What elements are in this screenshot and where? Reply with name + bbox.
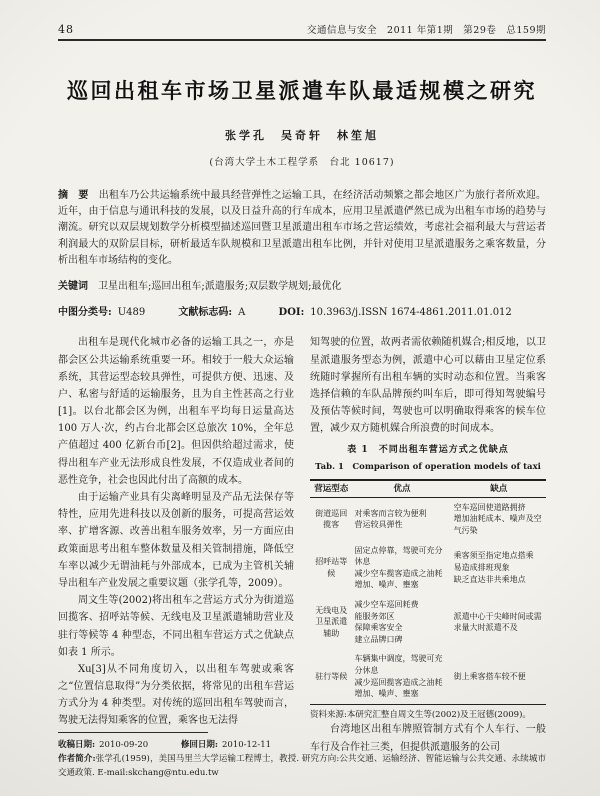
cell-pros: 减少空车巡回耗费 能服务郊区 保障乘客安全 建立品牌口碑 — [353, 595, 452, 649]
table-row: 招呼站等候 固定点停靠，驾驶可充分休息 减少空车揽客造成之油耗增加、噪声、壅塞 … — [310, 541, 546, 595]
table-body: 街道巡回揽客 对乘客而言较为便利 营运较具弹性 空车巡回使道路拥挤 增加油耗成本… — [310, 497, 546, 704]
dates-line: 收稿日期:2010-09-20 修回日期:2010-12-11 — [58, 738, 546, 752]
cell-pros: 车辆集中调度，驾驶可充分休息 减少巡回揽客造成之油耗增加、噪声、壅塞 — [353, 649, 452, 704]
column-header-cons: 缺点 — [452, 480, 546, 498]
table-header-row: 营运型态 优点 缺点 — [310, 480, 546, 498]
author-bio-label: 作者简介: — [58, 754, 96, 764]
keywords-line: 关键词 卫星出租车;巡回出租车;派遣服务;双层数学规划;最优化 — [58, 279, 546, 295]
doi-label: DOI: — [279, 307, 305, 318]
clc-label: 中图分类号: — [58, 307, 112, 318]
table-row: 街道巡回揽客 对乘客而言较为便利 营运较具弹性 空车巡回使道路拥挤 增加油耗成本… — [310, 497, 546, 540]
received-date-label: 收稿日期: — [58, 740, 95, 750]
cell-cons: 派遣中心于尖峰时间或需求量大时派遣不及 — [452, 595, 546, 649]
cell-mode: 街道巡回揽客 — [310, 497, 353, 540]
column-header-mode: 营运型态 — [310, 480, 353, 498]
revised-date-label: 修回日期: — [181, 740, 218, 750]
authors-line: 张学孔 吴奇轩 林笙旭 — [58, 127, 546, 143]
footnote-separator — [58, 732, 208, 733]
table-row: 无线电及卫星派遣辅助 减少空车巡回耗费 能服务郊区 保障乘客安全 建立品牌口碑 … — [310, 595, 546, 649]
body-paragraph: 出租车是现代化城市必备的运输工具之一，亦是都会区公共运输系统重要一环。相较于一般… — [58, 334, 294, 489]
right-column: 知驾驶的位置，故两者需依赖随机媒合;相反地，以卫星派遣服务型态为例，派遣中心可以… — [310, 334, 546, 756]
author-bio-line: 作者简介:张学孔(1959)，美国马里兰大学运输工程博士，教授. 研究方向:公共… — [58, 752, 546, 780]
received-date-value: 2010-09-20 — [99, 740, 148, 750]
doc-code-value: A — [238, 307, 245, 318]
taxi-operation-comparison-table: 营运型态 优点 缺点 街道巡回揽客 对乘客而言较为便利 营运较具弹性 空车巡回使… — [310, 479, 546, 705]
two-column-body: 出租车是现代化城市必备的运输工具之一，亦是都会区公共运输系统重要一环。相较于一般… — [58, 334, 546, 756]
body-paragraph: Xu[3]从不同角度切入，以出租车驾驶或乘客之“位置信息取得”为分类依据，将常见… — [58, 661, 294, 730]
cell-cons: 街上乘客搭车较不便 — [452, 649, 546, 704]
cell-mode: 招呼站等候 — [310, 541, 353, 595]
table-row: 驻行等候 车辆集中调度，驾驶可充分休息 减少巡回揽客造成之油耗增加、噪声、壅塞 … — [310, 649, 546, 704]
cell-mode: 驻行等候 — [310, 649, 353, 704]
abstract-paragraph: 摘 要 出租车乃公共运输系统中最具经营弹性之运输工具，在经济活动频繁之都会地区广… — [58, 188, 546, 269]
keywords-text: 卫星出租车;巡回出租车;派遣服务;双层数学规划;最优化 — [98, 281, 341, 292]
abstract-text: 出租车乃公共运输系统中最具经营弹性之运输工具，在经济活动频繁之都会地区广为旅行者… — [58, 190, 546, 266]
scanned-paper-page: 48 交通信息与安全 2011 年第1期 第29卷 总159期 巡回出租车市场卫… — [0, 0, 600, 796]
table-caption-cn: 表 1 不同出租车营运方式之优缺点 — [310, 443, 546, 458]
paper-title: 巡回出租车市场卫星派遣车队最适规模之研究 — [58, 75, 546, 105]
page-header: 48 交通信息与安全 2011 年第1期 第29卷 总159期 — [58, 22, 546, 36]
cell-pros: 固定点停靠，驾驶可充分休息 减少空车揽客造成之油耗增加、噪声、壅塞 — [353, 541, 452, 595]
body-paragraph: 知驾驶的位置，故两者需依赖随机媒合;相反地，以卫星派遣服务型态为例，派遣中心可以… — [310, 334, 546, 437]
clc-value: U489 — [118, 307, 146, 318]
cell-pros: 对乘客而言较为便利 营运较具弹性 — [353, 497, 452, 540]
table-head: 营运型态 优点 缺点 — [310, 480, 546, 498]
left-column: 出租车是现代化城市必备的运输工具之一，亦是都会区公共运输系统重要一环。相较于一般… — [58, 334, 294, 756]
table-source-note: 资料来源:本研究汇整自周文生等(2002)及王冠德(2009)。 — [310, 709, 546, 722]
body-paragraph: 由于运输产业具有尖离峰明显及产品无法保存等特性，应用先进科技以及创新的服务，可提… — [58, 489, 294, 592]
header-rule — [58, 39, 546, 41]
doc-code-label: 文献标志码: — [178, 307, 232, 318]
body-paragraph: 周文生等(2002)将出租车之营运方式分为街道巡回揽客、招呼站等候、无线电及卫星… — [58, 592, 294, 661]
footnote-block: 收稿日期:2010-09-20 修回日期:2010-12-11 作者简介:张学孔… — [58, 732, 546, 780]
keywords-label: 关键词 — [58, 281, 88, 292]
cell-cons: 空车巡回使道路拥挤 增加油耗成本、噪声及空气污染 — [452, 497, 546, 540]
affiliation-line: (台湾大学土木工程学系 台北 10617) — [58, 154, 546, 168]
journal-info-line: 交通信息与安全 2011 年第1期 第29卷 总159期 — [307, 22, 546, 36]
doi-value: 10.3963/j.ISSN 1674-4861.2011.01.012 — [310, 307, 511, 318]
author-bio-text: 张学孔(1959)，美国马里兰大学运输工程博士，教授. 研究方向:公共交通、运输… — [58, 754, 546, 778]
page-number: 48 — [58, 23, 74, 36]
cell-cons: 乘客须至指定地点搭乘 易造成排班现象 缺乏直达非共乘地点 — [452, 541, 546, 595]
classification-line: 中图分类号:U489 文献标志码:A DOI:10.3963/j.ISSN 16… — [58, 305, 546, 321]
cell-mode: 无线电及卫星派遣辅助 — [310, 595, 353, 649]
abstract-label: 摘 要 — [58, 190, 89, 201]
column-header-pros: 优点 — [353, 480, 452, 498]
revised-date-value: 2010-12-11 — [222, 740, 271, 750]
table-caption-en: Tab. 1 Comparison of operation models of… — [310, 460, 546, 475]
